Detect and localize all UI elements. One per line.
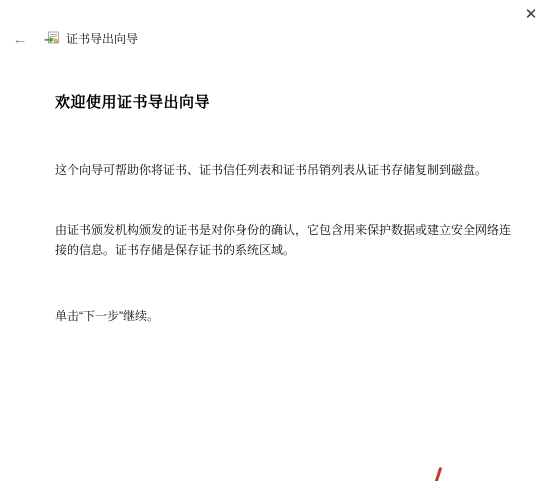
certificate-export-wizard-icon	[44, 31, 60, 47]
wizard-title: 证书导出向导	[66, 31, 138, 47]
wizard-header: ← 证书导出向导	[8, 29, 138, 49]
certificate-description-paragraph: 由证书颁发机构颁发的证书是对你身份的确认，它包含用来保护数据或建立安全网络连接的…	[55, 220, 517, 260]
red-pen-annotation	[435, 467, 442, 481]
intro-paragraph: 这个向导可帮助你将证书、证书信任列表和证书吊销列表从证书存储复制到磁盘。	[55, 160, 517, 180]
next-instruction-paragraph: 单击“下一步”继续。	[55, 306, 517, 326]
close-icon[interactable]: ✕	[516, 2, 546, 26]
back-arrow-icon[interactable]: ←	[8, 29, 32, 49]
welcome-heading: 欢迎使用证书导出向导	[55, 91, 210, 112]
certificate-export-wizard-window: ✕ ← 证书导出向导 欢迎使用证书导出向导 这个向导可帮助你将证书、证书信任列表…	[0, 0, 554, 481]
